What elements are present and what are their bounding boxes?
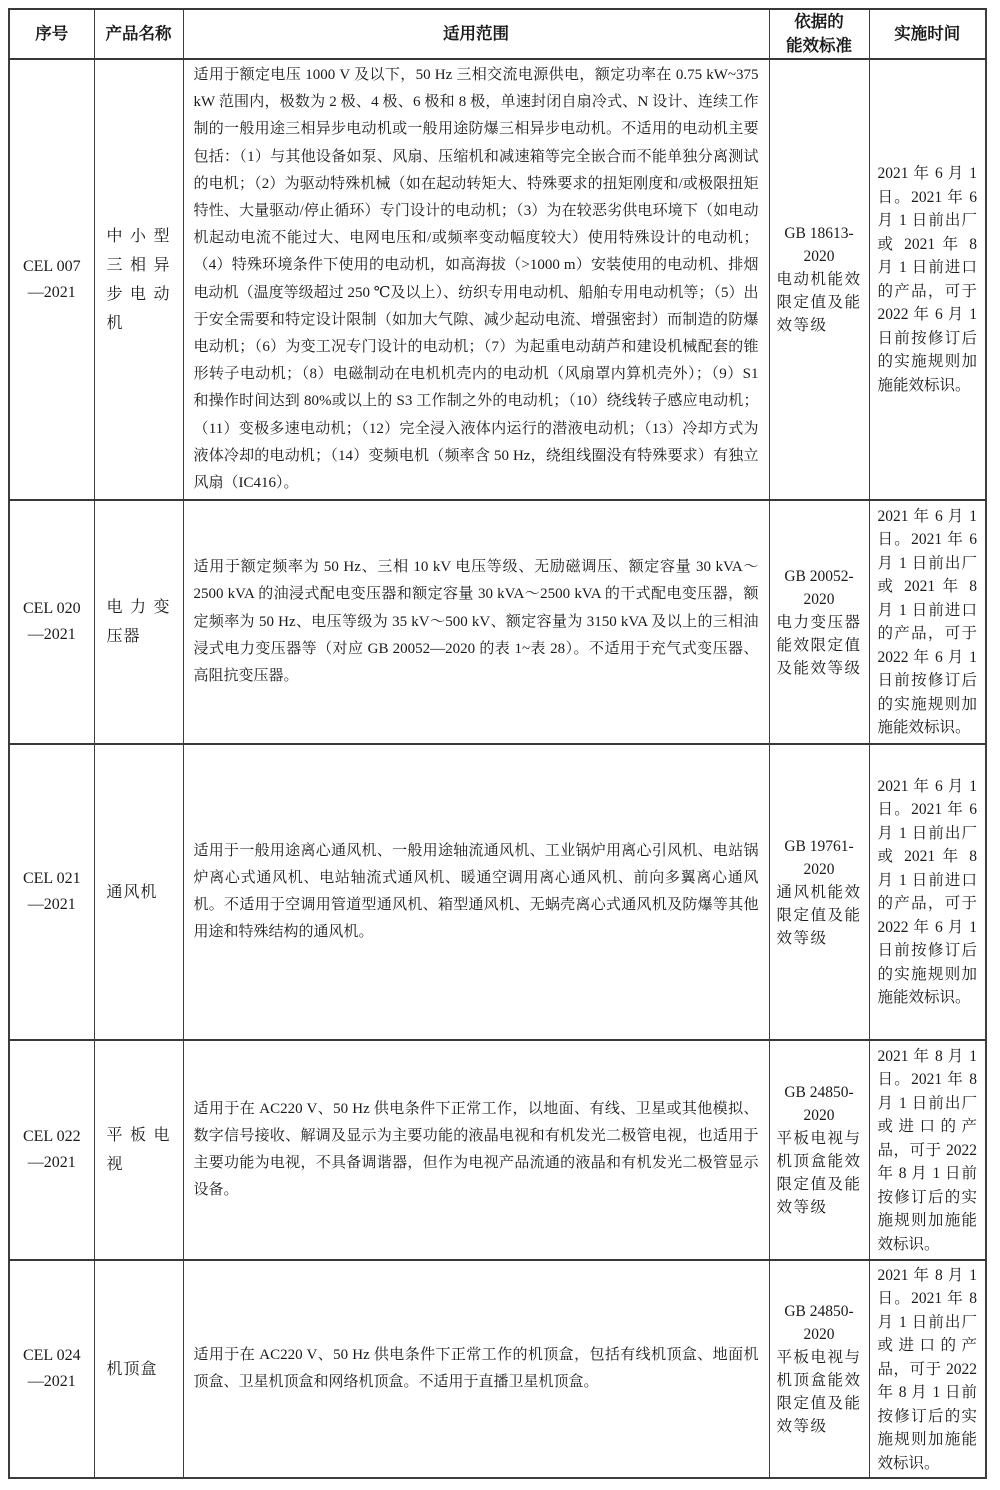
standard-name-text: 平板电视与机顶盒能效限定值及能效等级: [777, 1346, 862, 1438]
implementation-text: 2021 年 8 月 1 日。2021 年 8 月 1 日前出厂或进口的产品，可…: [878, 1264, 978, 1476]
standard-code-text: GB 24850-2020: [777, 1081, 862, 1127]
standard-code-text: GB 18613-2020: [777, 222, 862, 268]
implementation-text: 2021 年 8 月 1 日。2021 年 8 月 1 日前出厂或进口的产品，可…: [878, 1045, 978, 1257]
table-row: CEL 024 —2021 机顶盒 适用于在 AC220 V、50 Hz 供电条…: [9, 1260, 986, 1478]
implementation-text: 2021 年 6 月 1 日。2021 年 6 月 1 日前出厂或 2021 年…: [878, 775, 978, 1010]
table-header-row: 序号 产品名称 适用范围 依据的 能效标准 实施时间: [9, 9, 986, 59]
implementation-cell: 2021 年 6 月 1 日。2021 年 6 月 1 日前出厂或 2021 年…: [869, 59, 986, 500]
standard-name-text: 平板电视与机顶盒能效限定值及能效等级: [777, 1127, 862, 1219]
header-cell-product-name: 产品名称: [94, 9, 183, 59]
serial-cell: CEL 024 —2021: [9, 1260, 94, 1478]
standard-name-text: 电力变压器能效限定值及能效等级: [777, 611, 862, 680]
header-cell-implementation: 实施时间: [869, 9, 986, 59]
implementation-text: 2021 年 6 月 1 日。2021 年 6 月 1 日前出厂或 2021 年…: [878, 162, 978, 397]
header-cell-standard: 依据的 能效标准: [769, 9, 869, 59]
standard-cell: GB 24850-2020 平板电视与机顶盒能效限定值及能效等级: [769, 1260, 869, 1478]
standard-name-text: 电动机能效限定值及能效等级: [777, 268, 862, 337]
scope-cell: 适用于额定电压 1000 V 及以下，50 Hz 三相交流电源供电，额定功率在 …: [183, 59, 769, 500]
product-name-cell: 平板电视: [94, 1040, 183, 1260]
scope-cell: 适用于一般用途离心通风机、一般用途轴流通风机、工业锅炉用离心引风机、电站锅炉离心…: [183, 744, 769, 1040]
header-cell-scope: 适用范围: [183, 9, 769, 59]
energy-efficiency-catalog-table: 序号 产品名称 适用范围 依据的 能效标准 实施时间 CEL 007 —2021…: [8, 8, 987, 1479]
product-name-cell: 机顶盒: [94, 1260, 183, 1478]
standard-cell: GB 20052-2020 电力变压器能效限定值及能效等级: [769, 500, 869, 744]
table-row: CEL 022 —2021 平板电视 适用于在 AC220 V、50 Hz 供电…: [9, 1040, 986, 1260]
scope-text: 适用于一般用途离心通风机、一般用途轴流通风机、工业锅炉用离心引风机、电站锅炉离心…: [194, 838, 759, 947]
scope-cell: 适用于额定频率为 50 Hz、三相 10 kV 电压等级、无励磁调压、额定容量 …: [183, 500, 769, 744]
table-row: CEL 007 —2021 中小型三相异步电动机 适用于额定电压 1000 V …: [9, 59, 986, 500]
serial-cell: CEL 022 —2021: [9, 1040, 94, 1260]
implementation-cell: 2021 年 8 月 1 日。2021 年 8 月 1 日前出厂或进口的产品，可…: [869, 1260, 986, 1478]
implementation-cell: 2021 年 6 月 1 日。2021 年 6 月 1 日前出厂或 2021 年…: [869, 744, 986, 1040]
table-row: CEL 021 —2021 通风机 适用于一般用途离心通风机、一般用途轴流通风机…: [9, 744, 986, 1040]
document-page: 序号 产品名称 适用范围 依据的 能效标准 实施时间 CEL 007 —2021…: [0, 0, 1000, 1490]
standard-cell: GB 18613-2020 电动机能效限定值及能效等级: [769, 59, 869, 500]
product-name-cell: 通风机: [94, 744, 183, 1040]
implementation-cell: 2021 年 8 月 1 日。2021 年 8 月 1 日前出厂或进口的产品，可…: [869, 1040, 986, 1260]
product-name-text: 平板电视: [107, 1121, 171, 1179]
serial-cell: CEL 007 —2021: [9, 59, 94, 500]
product-name-text: 通风机: [107, 878, 171, 907]
implementation-cell: 2021 年 6 月 1 日。2021 年 6 月 1 日前出厂或 2021 年…: [869, 500, 986, 744]
standard-cell: GB 24850-2020 平板电视与机顶盒能效限定值及能效等级: [769, 1040, 869, 1260]
product-name-cell: 中小型三相异步电动机: [94, 59, 183, 500]
standard-code-text: GB 19761-2020: [777, 835, 862, 881]
scope-text: 适用于额定频率为 50 Hz、三相 10 kV 电压等级、无励磁调压、额定容量 …: [194, 554, 759, 690]
standard-cell: GB 19761-2020 通风机能效限定值及能效等级: [769, 744, 869, 1040]
standard-code-text: GB 20052-2020: [777, 565, 862, 611]
product-name-text: 机顶盒: [107, 1355, 171, 1384]
table-row: CEL 020 —2021 电力变压器 适用于额定频率为 50 Hz、三相 10…: [9, 500, 986, 744]
implementation-text: 2021 年 6 月 1 日。2021 年 6 月 1 日前出厂或 2021 年…: [878, 505, 978, 740]
product-name-cell: 电力变压器: [94, 500, 183, 744]
product-name-text: 电力变压器: [107, 593, 171, 651]
scope-text: 适用于在 AC220 V、50 Hz 供电条件下正常工作，以地面、有线、卫星或其…: [194, 1096, 759, 1205]
standard-name-text: 通风机能效限定值及能效等级: [777, 881, 862, 950]
serial-cell: CEL 021 —2021: [9, 744, 94, 1040]
header-cell-serial: 序号: [9, 9, 94, 59]
scope-cell: 适用于在 AC220 V、50 Hz 供电条件下正常工作的机顶盒，包括有线机顶盒…: [183, 1260, 769, 1478]
scope-cell: 适用于在 AC220 V、50 Hz 供电条件下正常工作，以地面、有线、卫星或其…: [183, 1040, 769, 1260]
standard-code-text: GB 24850-2020: [777, 1300, 862, 1346]
serial-cell: CEL 020 —2021: [9, 500, 94, 744]
product-name-text: 中小型三相异步电动机: [107, 222, 171, 338]
scope-text: 适用于在 AC220 V、50 Hz 供电条件下正常工作的机顶盒，包括有线机顶盒…: [194, 1342, 759, 1396]
scope-text: 适用于额定电压 1000 V 及以下，50 Hz 三相交流电源供电，额定功率在 …: [194, 62, 759, 497]
